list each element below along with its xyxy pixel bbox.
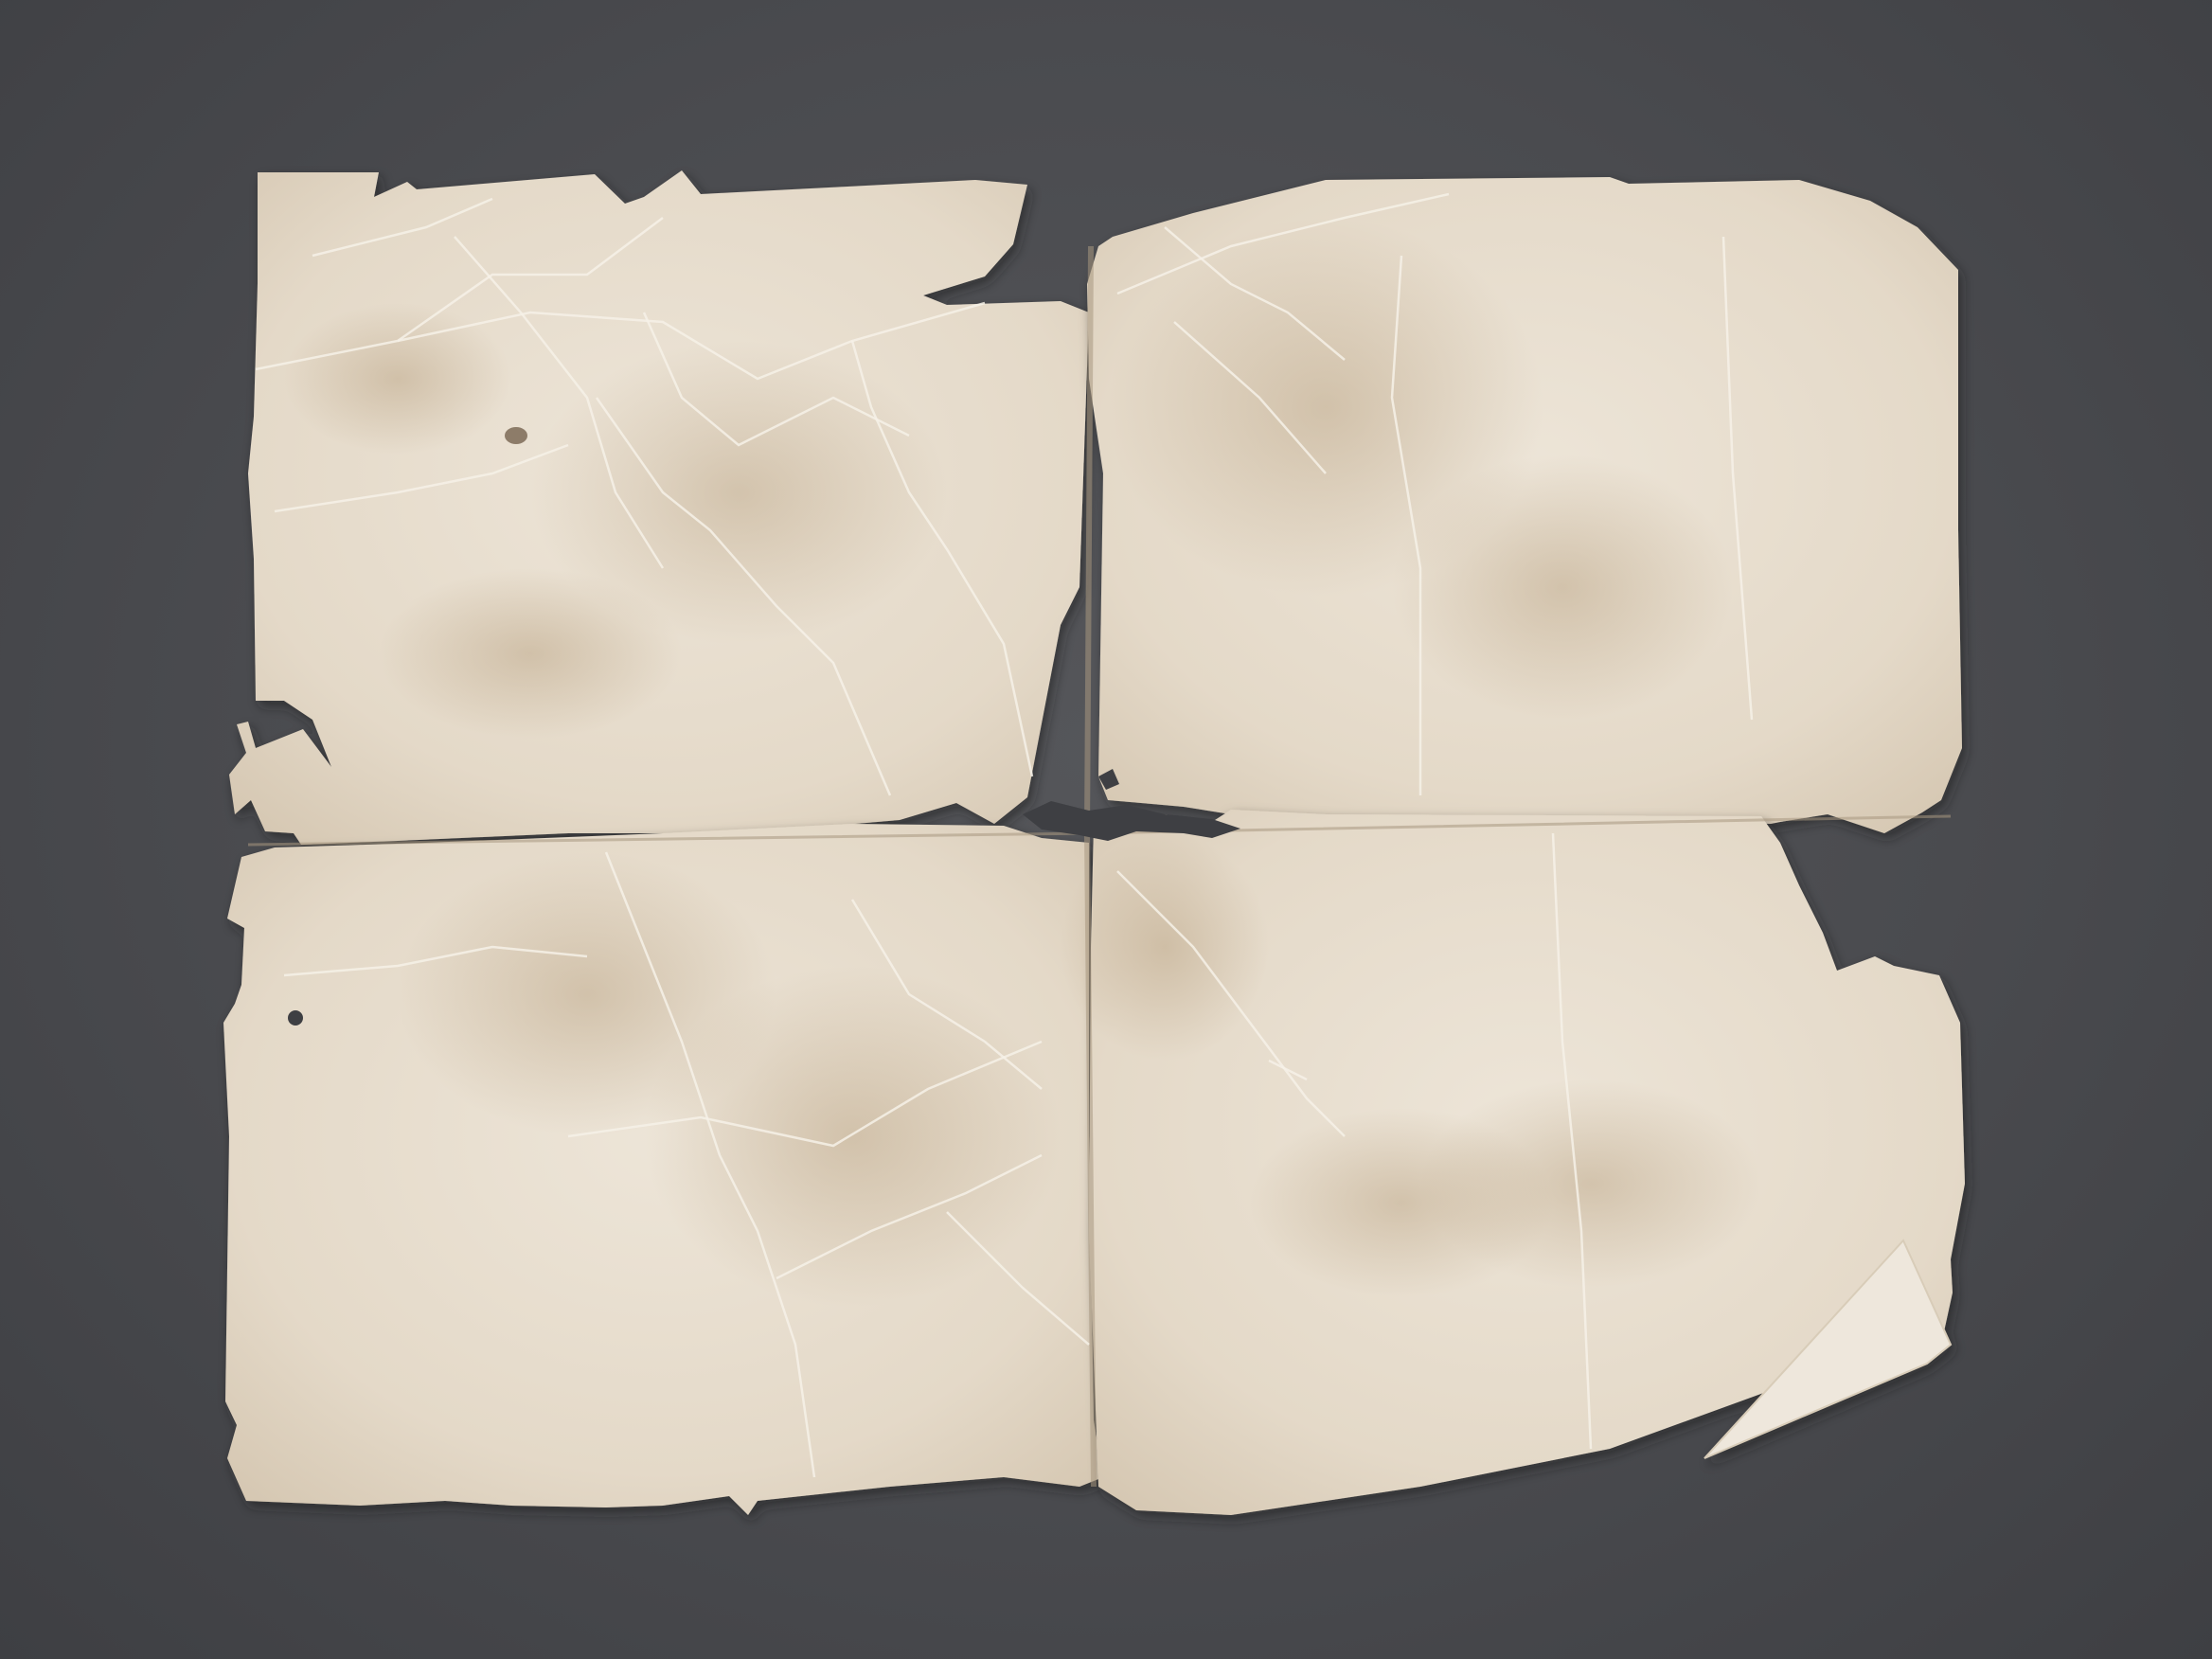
photo-scene: Aged, crumpled, torn sheet of paper fold… bbox=[0, 0, 2212, 1659]
folded-paper bbox=[0, 0, 2212, 1659]
